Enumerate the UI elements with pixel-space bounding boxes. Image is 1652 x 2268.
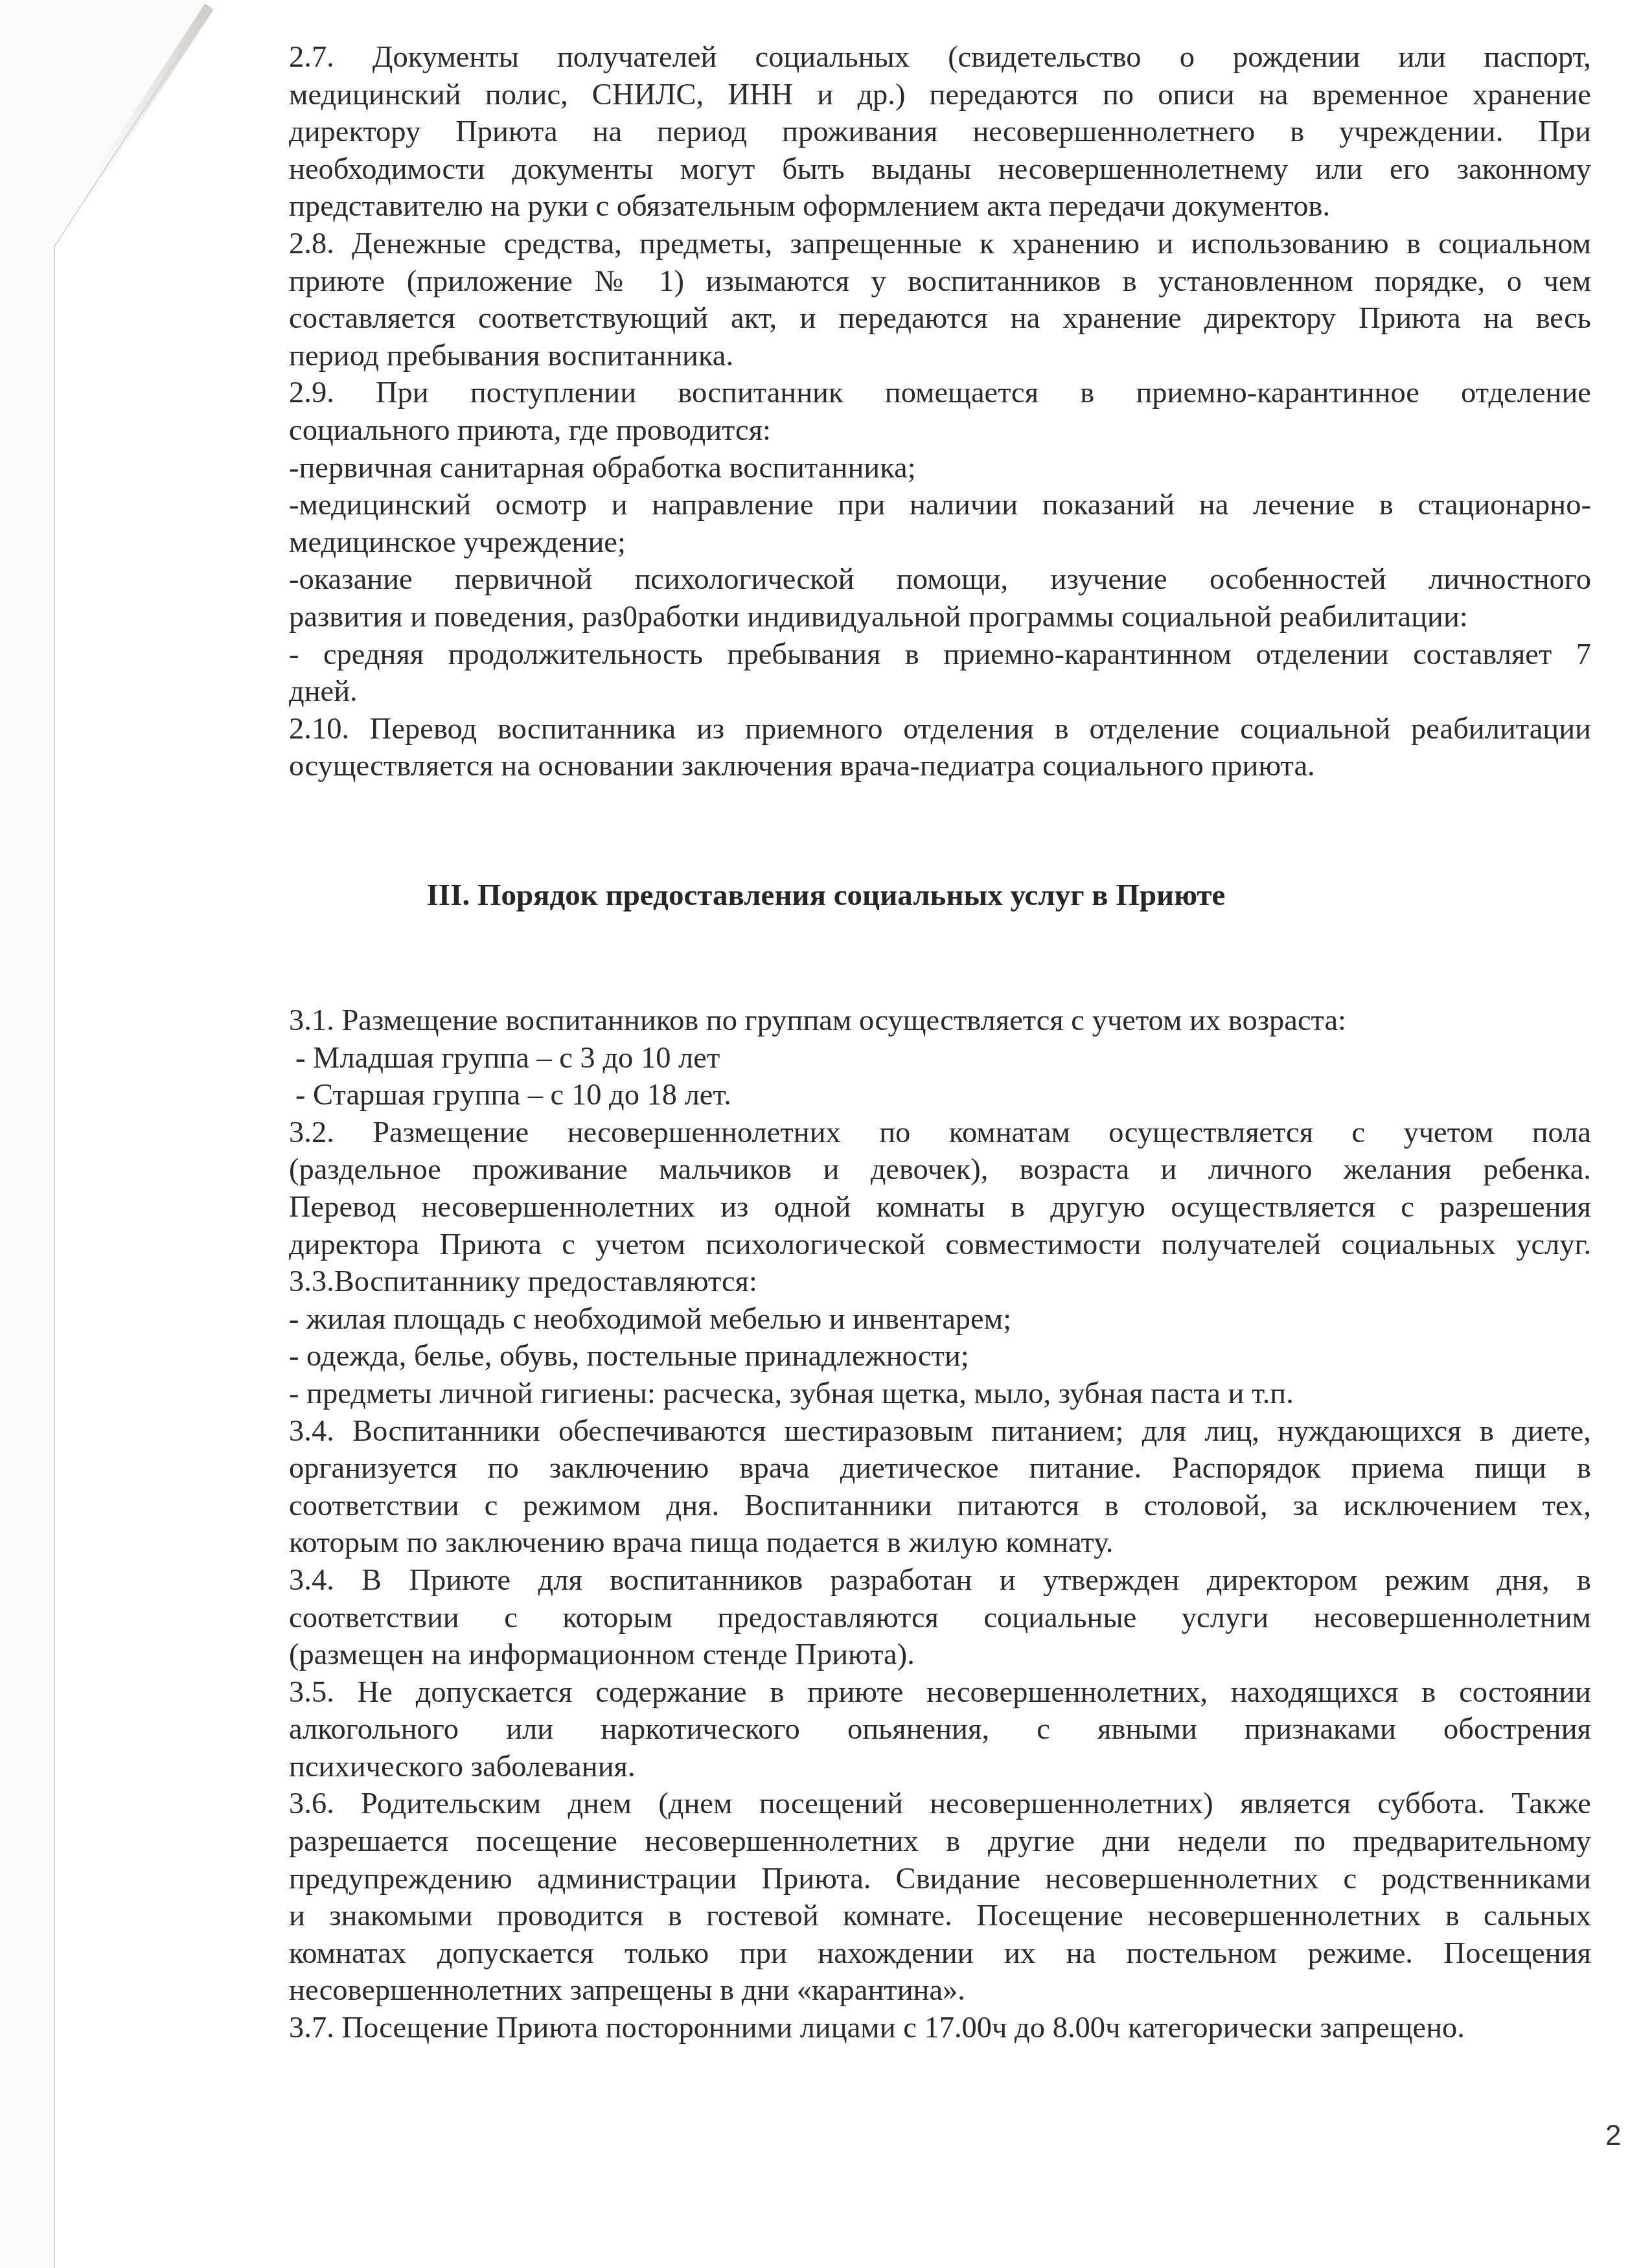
text-line: несовершеннолетних запрещены в дни «кара… xyxy=(289,1972,1591,2010)
list-item: - средняя продолжительность пребывания в… xyxy=(289,636,1591,674)
paragraph-3-7: 3.7. Посещение Приюта посторонними лицам… xyxy=(289,2010,1591,2047)
text-line: 3.2. Размещение несовершеннолетних по ко… xyxy=(289,1114,1591,1152)
text-line: 2.7. Документы получателей социальных (с… xyxy=(289,39,1591,76)
list-item: - Старшая группа – с 10 до 18 лет. xyxy=(289,1077,1591,1114)
text-line: директора Приюта с учетом психологическо… xyxy=(289,1226,1591,1264)
text-line: дней. xyxy=(289,673,1591,711)
scanned-page-edge xyxy=(0,0,214,2268)
paragraph-3-6: 3.6. Родительским днем (днем посещений н… xyxy=(289,1785,1591,2010)
paragraph-3-5: 3.5. Не допускается содержание в приюте … xyxy=(289,1674,1591,1786)
text-line: соответствии с которым предоставляются с… xyxy=(289,1599,1591,1637)
text-line: которым по заключению врача пища подаетс… xyxy=(289,1524,1591,1562)
text-line: организуется по заключению врача диетиче… xyxy=(289,1450,1591,1487)
text-line: алкогольного или наркотического опьянени… xyxy=(289,1711,1591,1748)
text-line: медицинский полис, СНИЛС, ИНН и др.) пер… xyxy=(289,76,1591,114)
text-line: директору Приюта на период проживания не… xyxy=(289,113,1591,151)
text-line: осуществляется на основании заключения в… xyxy=(289,748,1591,785)
text-line: 2.10. Перевод воспитанника из приемного … xyxy=(289,711,1591,748)
document-body-section-3: 3.1. Размещение воспитанников по группам… xyxy=(289,1002,1591,2047)
text-line: и знакомыми проводится в гостевой комнат… xyxy=(289,1897,1591,1935)
list-item: -первичная санитарная обработка воспитан… xyxy=(289,450,1591,487)
text-line: 3.5. Не допускается содержание в приюте … xyxy=(289,1674,1591,1712)
text-line: составляется соответствующий акт, и пере… xyxy=(289,300,1591,338)
text-line: необходимости документы могут быть выдан… xyxy=(289,151,1591,189)
text-line: (раздельное проживание мальчиков и девоч… xyxy=(289,1151,1591,1189)
text-line: комнатах допускается только при нахожден… xyxy=(289,1935,1591,1973)
text-line: 3.7. Посещение Приюта посторонними лицам… xyxy=(289,2010,1591,2047)
list-item: - жилая площадь с необходимой мебелью и … xyxy=(289,1301,1591,1338)
text-line: социального приюта, где проводится: xyxy=(289,412,1591,450)
text-line: развития и поведения, раз0работки индиви… xyxy=(289,599,1591,636)
text-line: соответствии с режимом дня. Воспитанники… xyxy=(289,1487,1591,1525)
section-heading: III. Порядок предоставления социальных у… xyxy=(0,876,1652,915)
paragraph-3-4-schedule: 3.4. В Приюте для воспитанников разработ… xyxy=(289,1562,1591,1674)
paragraph-3-2: 3.2. Размещение несовершеннолетних по ко… xyxy=(289,1114,1591,1263)
text-line: предупреждению администрации Приюта. Сви… xyxy=(289,1861,1591,1898)
text-line: 3.6. Родительским днем (днем посещений н… xyxy=(289,1785,1591,1823)
paragraph-2-10: 2.10. Перевод воспитанника из приемного … xyxy=(289,711,1591,785)
text-line: приюте (приложение № 1) изымаются у восп… xyxy=(289,263,1591,301)
text-line: 3.4. Воспитанники обеспечиваются шестира… xyxy=(289,1413,1591,1450)
paragraph-2-7: 2.7. Документы получателей социальных (с… xyxy=(289,39,1591,225)
text-line: 2.9. При поступлении воспитанник помещае… xyxy=(289,374,1591,412)
text-line: Перевод несовершеннолетних из одной комн… xyxy=(289,1189,1591,1226)
list-item: - Младшая группа – с 3 до 10 лет xyxy=(289,1040,1591,1077)
text-line: 3.4. В Приюте для воспитанников разработ… xyxy=(289,1562,1591,1599)
text-line: период пребывания воспитанника. xyxy=(289,338,1591,375)
paragraph-3-1: 3.1. Размещение воспитанников по группам… xyxy=(289,1002,1591,1114)
text-line: психического заболевания. xyxy=(289,1748,1591,1786)
list-item: -медицинский осмотр и направление при на… xyxy=(289,487,1591,524)
paragraph-2-8: 2.8. Денежные средства, предметы, запрещ… xyxy=(289,225,1591,374)
text-line: представителю на руки с обязательным офо… xyxy=(289,188,1591,225)
list-item: - предметы личной гигиены: расческа, зуб… xyxy=(289,1375,1591,1413)
paragraph-3-4-meals: 3.4. Воспитанники обеспечиваются шестира… xyxy=(289,1413,1591,1562)
list-item: - одежда, белье, обувь, постельные прина… xyxy=(289,1338,1591,1375)
text-line: медицинское учреждение; xyxy=(289,524,1591,562)
page-number: 2 xyxy=(1605,2120,1621,2152)
text-line: 3.1. Размещение воспитанников по группам… xyxy=(289,1002,1591,1040)
text-line: 2.8. Денежные средства, предметы, запрещ… xyxy=(289,225,1591,263)
paragraph-2-9: 2.9. При поступлении воспитанник помещае… xyxy=(289,374,1591,710)
document-body-section-2: 2.7. Документы получателей социальных (с… xyxy=(289,39,1591,785)
list-item: -оказание первичной психологической помо… xyxy=(289,561,1591,599)
text-line: (размещен на информационном стенде Приют… xyxy=(289,1636,1591,1674)
text-line: 3.3.Воспитаннику предоставляются: xyxy=(289,1263,1591,1301)
paragraph-3-3: 3.3.Воспитаннику предоставляются: - жила… xyxy=(289,1263,1591,1412)
text-line: разрешается посещение несовершеннолетних… xyxy=(289,1823,1591,1861)
